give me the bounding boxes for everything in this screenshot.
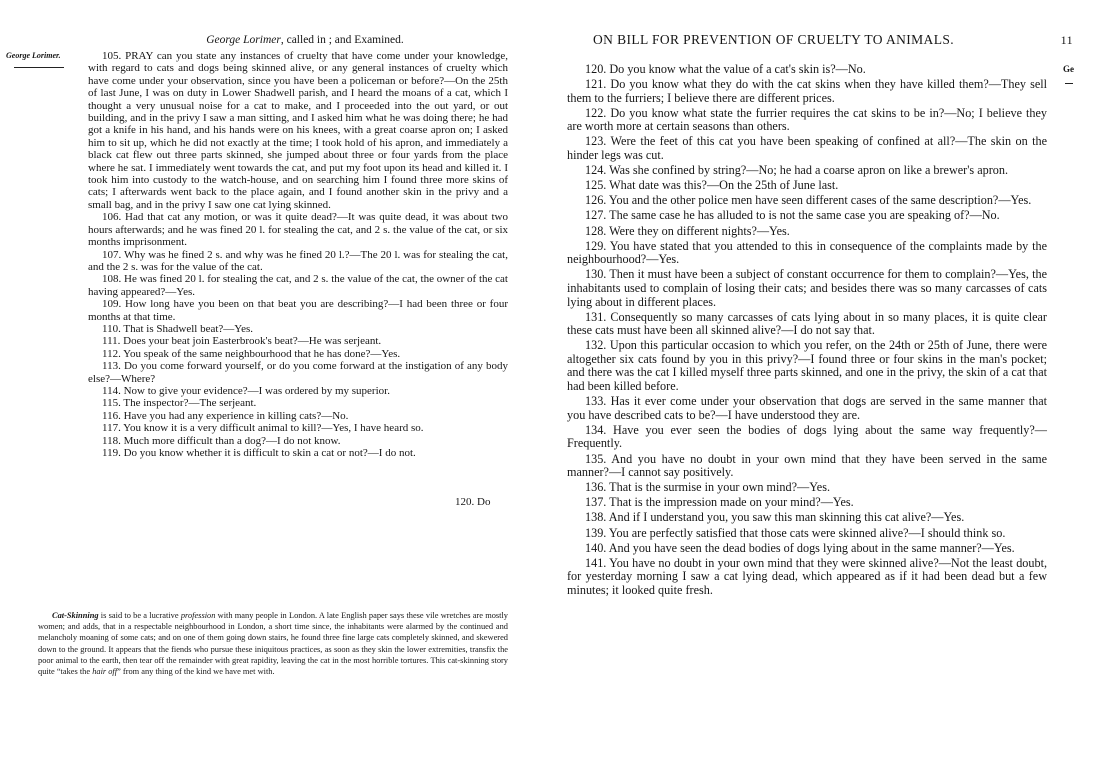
- margin-witness-name: George Lorimer.: [6, 51, 66, 60]
- left-page: George Lorimer, called in ; and Examined…: [0, 0, 545, 757]
- paragraph: 138. And if I understand you, you saw th…: [567, 511, 1047, 525]
- paragraph: 121. Do you know what they do with the c…: [567, 78, 1047, 105]
- footnote-emphasis: hair off: [92, 667, 117, 676]
- footnote-text: is said to be a lucrative: [99, 611, 181, 620]
- paragraph: 137. That is the impression made on your…: [567, 496, 1047, 510]
- right-page: ON BILL FOR PREVENTION OF CRUELTY TO ANI…: [555, 0, 1100, 757]
- paragraph: 116. Have you had any experience in kill…: [88, 410, 508, 422]
- paragraph: 108. He was fined 20 l. for stealing the…: [88, 273, 508, 298]
- paragraph: 125. What date was this?—On the 25th of …: [567, 179, 1047, 193]
- paragraph: 136. That is the surmise in your own min…: [567, 481, 1047, 495]
- paragraph: 140. And you have seen the dead bodies o…: [567, 542, 1047, 556]
- paragraph: 129. You have stated that you attended t…: [567, 240, 1047, 267]
- paragraph: 133. Has it ever come under your observa…: [567, 395, 1047, 422]
- paragraph: 118. Much more difficult than a dog?—I d…: [88, 435, 508, 447]
- paragraph: 124. Was she confined by string?—No; he …: [567, 164, 1047, 178]
- page-number: 11: [1061, 33, 1073, 48]
- catchword: 120. Do: [455, 496, 490, 508]
- footnote-text: ” from any thing of the kind we have met…: [117, 667, 274, 676]
- footnote-lead: Cat-Skinning: [52, 611, 99, 620]
- paragraph: 111. Does your beat join Easterbrook's b…: [88, 335, 508, 347]
- right-running-head: ON BILL FOR PREVENTION OF CRUELTY TO ANI…: [593, 32, 1073, 48]
- paragraph: 139. You are perfectly satisfied that th…: [567, 527, 1047, 541]
- paragraph: 122. Do you know what state the furrier …: [567, 107, 1047, 134]
- footnote: Cat-Skinning is said to be a lucrative p…: [38, 610, 508, 677]
- left-text-column: 105. PRAY can you state any instances of…: [88, 50, 508, 459]
- paragraph: 114. Now to give your evidence?—I was or…: [88, 385, 508, 397]
- witness-name: George Lorimer: [206, 34, 281, 46]
- paragraph: 119. Do you know whether it is difficult…: [88, 447, 508, 459]
- paragraph: 141. You have no doubt in your own mind …: [567, 557, 1047, 598]
- left-running-head: George Lorimer, called in ; and Examined…: [100, 34, 510, 46]
- paragraph: 117. You know it is a very difficult ani…: [88, 422, 508, 434]
- paragraph: 107. Why was he fined 2 s. and why was h…: [88, 249, 508, 274]
- paragraph: 109. How long have you been on that beat…: [88, 298, 508, 323]
- right-text-column: 120. Do you know what the value of a cat…: [567, 63, 1047, 599]
- running-head-rest: , called in ; and Examined.: [281, 34, 404, 46]
- paragraph: 132. Upon this particular occasion to wh…: [567, 339, 1047, 393]
- paragraph: 115. The inspector?—The serjeant.: [88, 397, 508, 409]
- paragraph: 134. Have you ever seen the bodies of do…: [567, 424, 1047, 451]
- margin-witness-name: Ge: [1063, 64, 1074, 74]
- footnote-paragraph: Cat-Skinning is said to be a lucrative p…: [38, 610, 508, 677]
- paragraph: 130. Then it must have been a subject of…: [567, 268, 1047, 309]
- margin-rule: [1065, 83, 1073, 84]
- paragraph: 135. And you have no doubt in your own m…: [567, 453, 1047, 480]
- page-title: ON BILL FOR PREVENTION OF CRUELTY TO ANI…: [593, 32, 954, 47]
- footnote-emphasis: profession: [181, 611, 216, 620]
- paragraph: 106. Had that cat any motion, or was it …: [88, 211, 508, 248]
- paragraph: 128. Were they on different nights?—Yes.: [567, 225, 1047, 239]
- paragraph: 123. Were the feet of this cat you have …: [567, 135, 1047, 162]
- paragraph: 131. Consequently so many carcasses of c…: [567, 311, 1047, 338]
- paragraph: 126. You and the other police men have s…: [567, 194, 1047, 208]
- paragraph: 105. PRAY can you state any instances of…: [88, 50, 508, 211]
- paragraph: 127. The same case he has alluded to is …: [567, 209, 1047, 223]
- margin-rule: [14, 67, 64, 68]
- paragraph: 120. Do you know what the value of a cat…: [567, 63, 1047, 77]
- paragraph: 110. That is Shadwell beat?—Yes.: [88, 323, 508, 335]
- paragraph: 112. You speak of the same neighbourhood…: [88, 348, 508, 360]
- paragraph: 113. Do you come forward yourself, or do…: [88, 360, 508, 385]
